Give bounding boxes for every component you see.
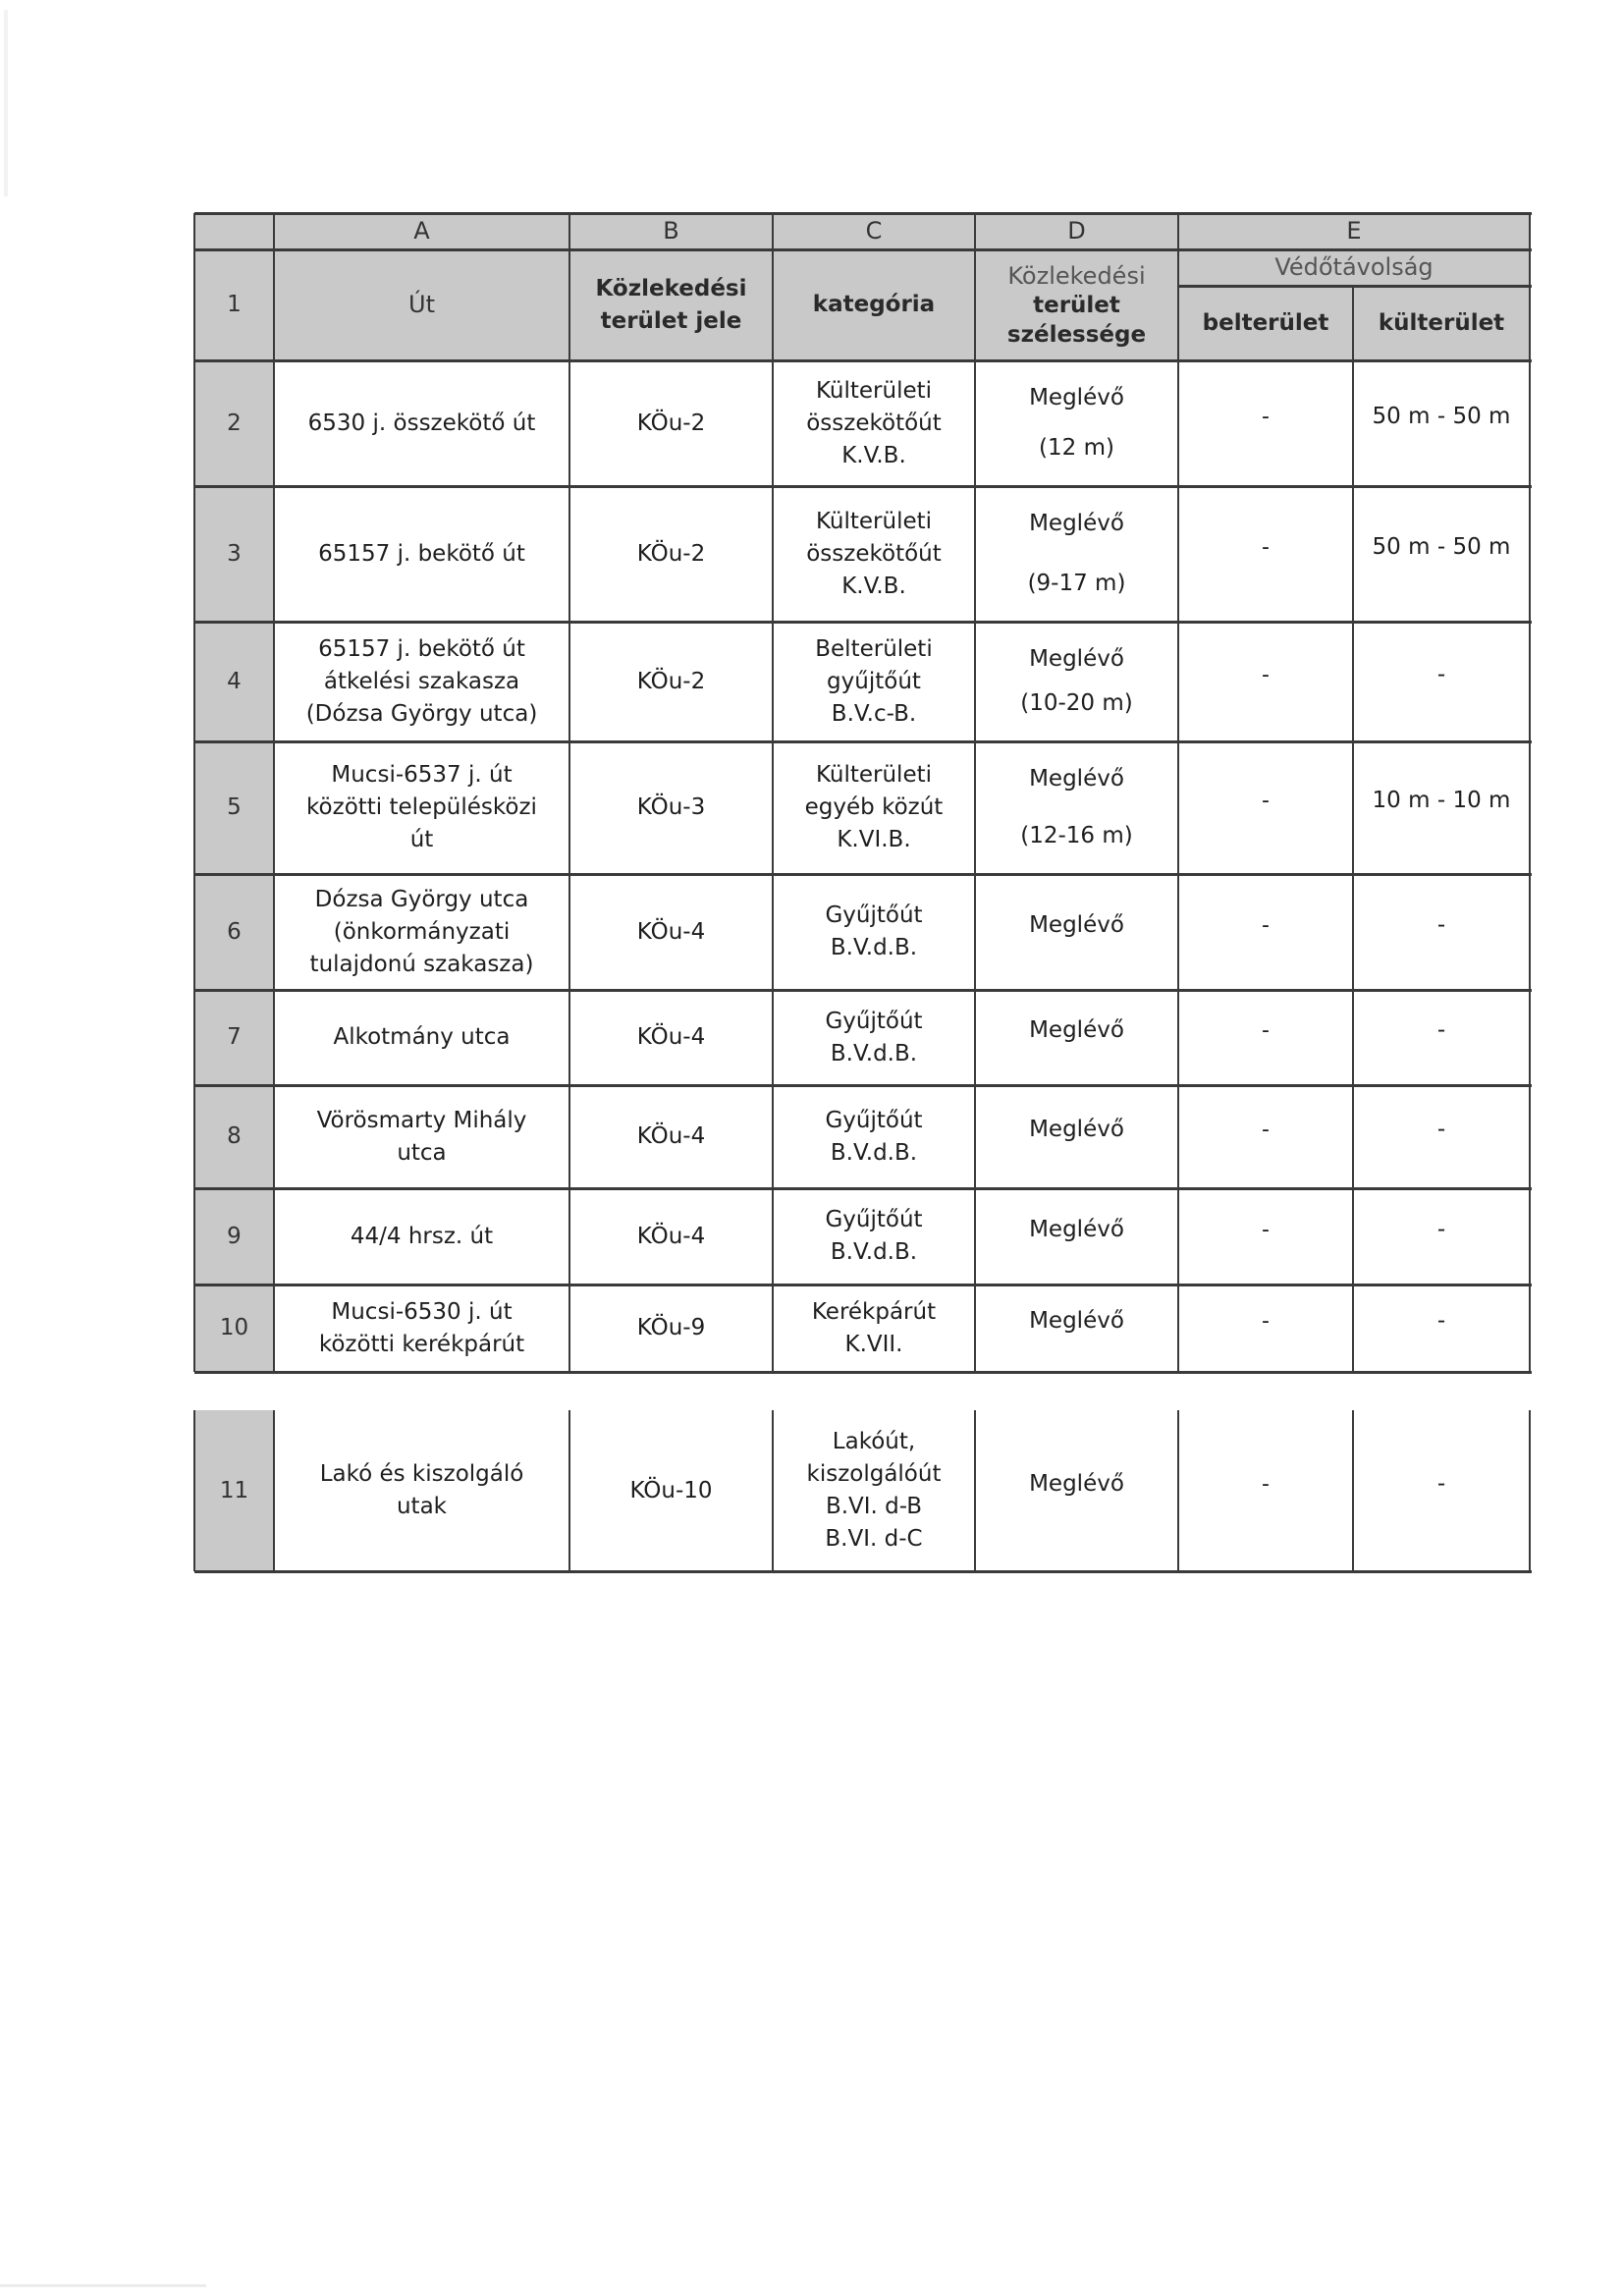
road-name: Dózsa György utca (önkormányzati tulajdo… bbox=[274, 874, 569, 990]
area-code: KÖu-2 bbox=[569, 622, 773, 741]
width-status: Meglévő bbox=[1029, 1305, 1124, 1338]
area-code: KÖu-9 bbox=[569, 1285, 773, 1372]
road-name: Mucsi-6530 j. út közötti kerékpárút bbox=[274, 1285, 569, 1372]
row-number: 5 bbox=[194, 741, 274, 874]
header-d-line1: Közlekedési bbox=[1007, 261, 1145, 291]
table-rule bbox=[193, 213, 195, 1372]
header-vedotavolsag: Védőtávolság bbox=[1178, 249, 1530, 286]
column-letter-b: B bbox=[569, 213, 773, 249]
width-status: Meglévő bbox=[1029, 1114, 1124, 1146]
protection-distance-outer: 10 m - 10 m bbox=[1353, 741, 1530, 874]
protection-distance-outer: - bbox=[1353, 1085, 1530, 1188]
area-code: KÖu-4 bbox=[569, 874, 773, 990]
road-name: Lakó és kiszolgáló utak bbox=[274, 1410, 569, 1571]
table-rule bbox=[193, 1410, 195, 1571]
table-rule bbox=[772, 213, 774, 1372]
road-name: 65157 j. bekötő út átkelési szakasza (Dó… bbox=[274, 622, 569, 741]
table-rule bbox=[273, 213, 275, 1372]
road-width: Meglévő bbox=[975, 874, 1178, 990]
protection-distance-outer: - bbox=[1353, 1410, 1530, 1571]
column-letter-d: D bbox=[975, 213, 1178, 249]
width-value: (12-16 m) bbox=[1020, 820, 1133, 852]
road-name: Mucsi-6537 j. út közötti településközi ú… bbox=[274, 741, 569, 874]
protection-distance-outer: - bbox=[1353, 1285, 1530, 1372]
road-width: Meglévő bbox=[975, 990, 1178, 1085]
table-rule bbox=[568, 213, 570, 1372]
protection-distance-outer: 50 m - 50 m bbox=[1353, 486, 1530, 622]
width-status: Meglévő bbox=[1029, 909, 1124, 942]
road-width: Meglévő(12 m) bbox=[975, 360, 1178, 486]
protection-distance-outer: - bbox=[1353, 874, 1530, 990]
table-rule bbox=[1178, 285, 1532, 288]
area-code: KÖu-3 bbox=[569, 741, 773, 874]
protection-distance-inner: - bbox=[1178, 741, 1353, 874]
area-code: KÖu-4 bbox=[569, 1188, 773, 1285]
table2-bottom-border bbox=[194, 1570, 1532, 1573]
road-name: 6530 j. összekötő út bbox=[274, 360, 569, 486]
road-category: Belterületi gyűjtőút B.V.c-B. bbox=[773, 622, 975, 741]
column-letter-c: C bbox=[773, 213, 975, 249]
road-name: 44/4 hrsz. út bbox=[274, 1188, 569, 1285]
column-letter-e: E bbox=[1178, 213, 1530, 249]
road-category: Kerékpárút K.VII. bbox=[773, 1285, 975, 1372]
width-value: (10-20 m) bbox=[1020, 687, 1133, 720]
table-rule bbox=[273, 1410, 275, 1571]
protection-distance-inner: - bbox=[1178, 990, 1353, 1085]
protection-distance-inner: - bbox=[1178, 486, 1353, 622]
table-rule bbox=[772, 1410, 774, 1571]
road-category: Gyűjtőút B.V.d.B. bbox=[773, 1188, 975, 1285]
protection-distance-outer: - bbox=[1353, 622, 1530, 741]
width-status: Meglévő bbox=[1029, 1468, 1124, 1501]
table-rule bbox=[1352, 286, 1354, 1372]
table-rule bbox=[194, 1284, 1532, 1286]
table-rule bbox=[974, 1410, 976, 1571]
table-rule bbox=[194, 359, 1532, 362]
table-rule bbox=[1177, 1410, 1179, 1571]
header-kategoria: kategória bbox=[773, 249, 975, 360]
table-rule bbox=[974, 213, 976, 1372]
road-width: Meglévő bbox=[975, 1285, 1178, 1372]
road-category: Külterületi egyéb közút K.VI.B. bbox=[773, 741, 975, 874]
scan-artifact bbox=[4, 10, 8, 196]
protection-distance-inner: - bbox=[1178, 1285, 1353, 1372]
table-rule bbox=[568, 1410, 570, 1571]
road-name: Vörösmarty Mihály utca bbox=[274, 1085, 569, 1188]
table-rule bbox=[194, 1084, 1532, 1087]
road-width: Meglévő(10-20 m) bbox=[975, 622, 1178, 741]
road-category: Gyűjtőút B.V.d.B. bbox=[773, 874, 975, 990]
width-status: Meglévő bbox=[1029, 382, 1124, 414]
road-category: Lakóút, kiszolgálóút B.VI. d-B B.VI. d-C bbox=[773, 1410, 975, 1571]
row-number: 10 bbox=[194, 1285, 274, 1372]
row-number: 11 bbox=[194, 1410, 274, 1571]
table-rule bbox=[1529, 1410, 1531, 1571]
header-belterulet: belterület bbox=[1178, 286, 1353, 360]
header-ut: Út bbox=[274, 249, 569, 360]
column-letter-a: A bbox=[274, 213, 569, 249]
table-rule bbox=[194, 873, 1532, 876]
protection-distance-inner: - bbox=[1178, 1188, 1353, 1285]
protection-distance-inner: - bbox=[1178, 1085, 1353, 1188]
header-d-line2: terület szélessége bbox=[1007, 291, 1146, 350]
area-code: KÖu-2 bbox=[569, 360, 773, 486]
road-width: Meglévő bbox=[975, 1410, 1178, 1571]
scan-artifact bbox=[0, 2284, 206, 2287]
road-category: Külterületi összekötőút K.V.B. bbox=[773, 360, 975, 486]
road-width: Meglévő(12-16 m) bbox=[975, 741, 1178, 874]
protection-distance-inner: - bbox=[1178, 360, 1353, 486]
table-rule bbox=[194, 248, 1532, 251]
road-category: Gyűjtőút B.V.d.B. bbox=[773, 990, 975, 1085]
row-number: 2 bbox=[194, 360, 274, 486]
row-number: 3 bbox=[194, 486, 274, 622]
width-value: (9-17 m) bbox=[1028, 568, 1126, 600]
row-number: 8 bbox=[194, 1085, 274, 1188]
width-status: Meglévő bbox=[1029, 643, 1124, 676]
road-width: Meglévő bbox=[975, 1188, 1178, 1285]
table-rule bbox=[1352, 1410, 1354, 1571]
table-rule bbox=[194, 740, 1532, 743]
protection-distance-outer: 50 m - 50 m bbox=[1353, 360, 1530, 486]
table-top-border bbox=[194, 212, 1532, 215]
protection-distance-inner: - bbox=[1178, 622, 1353, 741]
road-name: Alkotmány utca bbox=[274, 990, 569, 1085]
table-rule bbox=[194, 621, 1532, 624]
row-number: 9 bbox=[194, 1188, 274, 1285]
width-status: Meglévő bbox=[1029, 1014, 1124, 1047]
width-status: Meglévő bbox=[1029, 508, 1124, 540]
road-category: Külterületi összekötőút K.V.B. bbox=[773, 486, 975, 622]
row-number: 6 bbox=[194, 874, 274, 990]
width-status: Meglévő bbox=[1029, 763, 1124, 795]
area-code: KÖu-10 bbox=[569, 1410, 773, 1571]
table-rule bbox=[194, 989, 1532, 992]
table-rule bbox=[1529, 213, 1531, 1372]
row-number: 7 bbox=[194, 990, 274, 1085]
header-kozlekedesi-terulet-jele: Közlekedési terület jele bbox=[569, 249, 773, 360]
protection-distance-outer: - bbox=[1353, 1188, 1530, 1285]
area-code: KÖu-2 bbox=[569, 486, 773, 622]
table-rule bbox=[1177, 213, 1179, 1372]
road-width: Meglévő bbox=[975, 1085, 1178, 1188]
table-rule bbox=[194, 485, 1532, 488]
header-terulet-szelessege: Közlekedésiterület szélessége bbox=[975, 249, 1178, 360]
road-name: 65157 j. bekötő út bbox=[274, 486, 569, 622]
table-rule bbox=[194, 1187, 1532, 1190]
row-number: 4 bbox=[194, 622, 274, 741]
protection-distance-inner: - bbox=[1178, 1410, 1353, 1571]
area-code: KÖu-4 bbox=[569, 1085, 773, 1188]
width-status: Meglévő bbox=[1029, 1214, 1124, 1246]
width-value: (12 m) bbox=[1039, 432, 1114, 465]
area-code: KÖu-4 bbox=[569, 990, 773, 1085]
road-category: Gyűjtőút B.V.d.B. bbox=[773, 1085, 975, 1188]
protection-distance-inner: - bbox=[1178, 874, 1353, 990]
protection-distance-outer: - bbox=[1353, 990, 1530, 1085]
row-number-header: 1 bbox=[194, 249, 274, 360]
road-width: Meglévő(9-17 m) bbox=[975, 486, 1178, 622]
table-rule bbox=[194, 1371, 1532, 1374]
header-kulterulet: külterület bbox=[1353, 286, 1530, 360]
